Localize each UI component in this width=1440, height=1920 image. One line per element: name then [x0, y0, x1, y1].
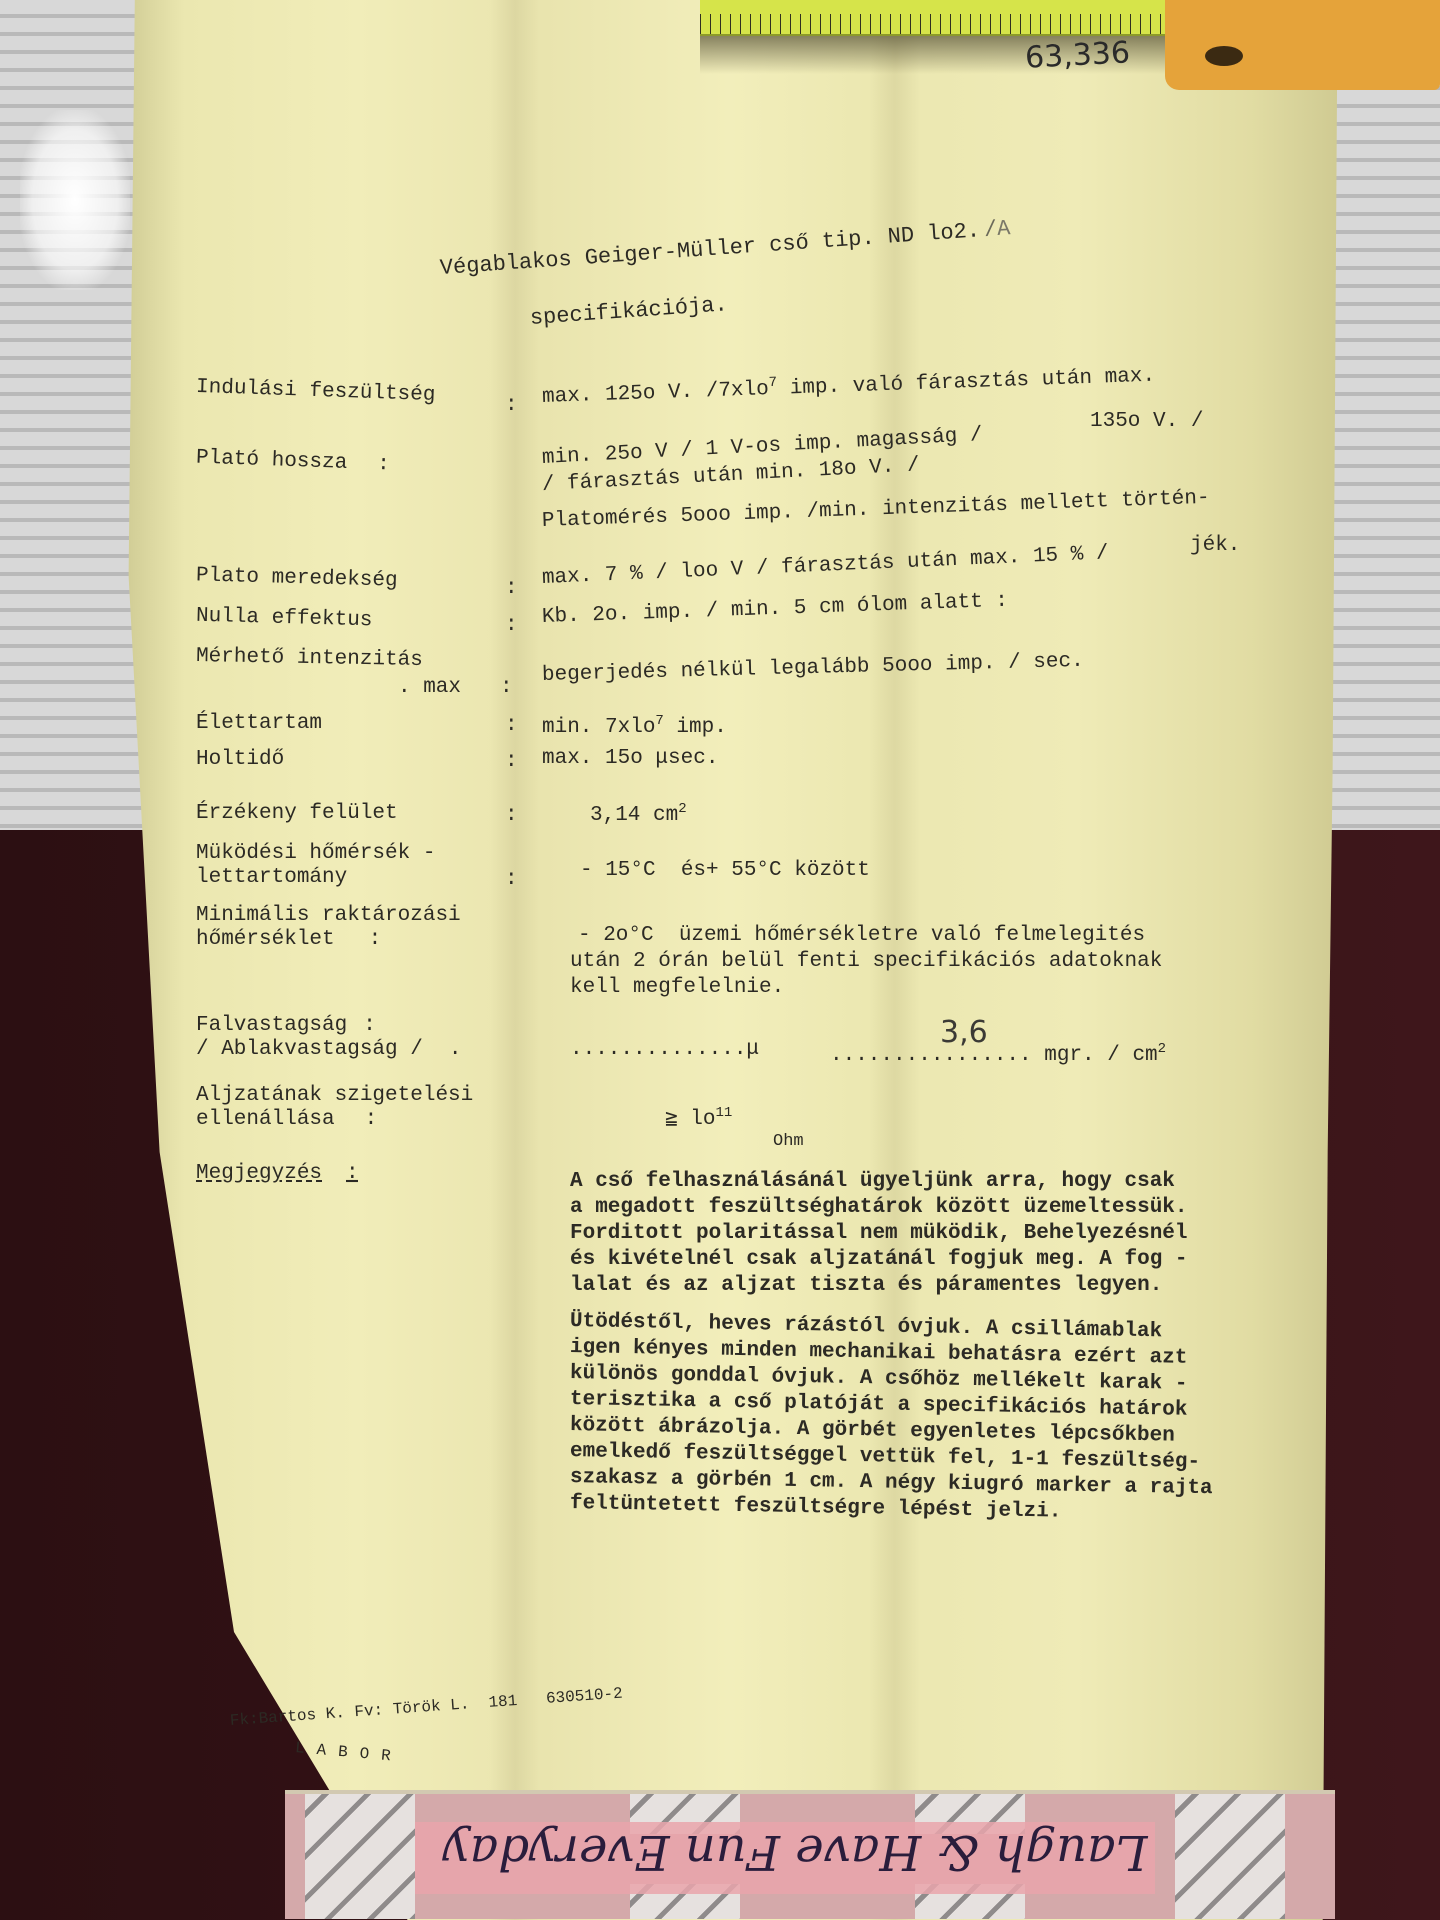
colon: : — [505, 575, 518, 602]
spec-label-storage-temp-2: hőmérséklet: — [196, 926, 381, 953]
label-text: / Ablakvastagság / — [196, 1038, 423, 1061]
colon: : — [505, 612, 518, 639]
tape-text-upside-down: Laugh & Have Fun Everyday — [435, 1824, 1155, 1880]
spec-label-measurable-intensity: Mérhető intenzitás — [196, 643, 423, 674]
spec-label-operating-temp-2: lettartomány — [196, 864, 347, 891]
title-suffix: A — [996, 216, 1011, 242]
chevron-pattern — [305, 1794, 415, 1919]
remark-line: A cső felhasználásánál ügyeljünk arra, h… — [570, 1168, 1175, 1195]
decorative-washi-tape: Laugh & Have Fun Everyday — [285, 1790, 1335, 1919]
remark-line: lalat és az aljzat tiszta és páramentes … — [570, 1272, 1162, 1299]
spec-label-window-thickness: / Ablakvastagság /. — [196, 1036, 461, 1063]
spec-label-sensitive-area: Érzékeny felület — [196, 800, 398, 827]
colon: : — [500, 674, 513, 701]
value-text: ≧ lo — [665, 1108, 715, 1131]
spec-label-insulation: Aljzatának szigetelési — [196, 1082, 473, 1109]
value-text: imp. — [664, 716, 727, 739]
spec-label-operating-temp: Müködési hőmérsék - — [196, 840, 435, 867]
colon: : — [505, 802, 518, 829]
spec-value-starting-voltage-cont: 135o V. / — [1090, 408, 1203, 435]
spec-value-storage-temp-3: kell megfelelnie. — [570, 974, 784, 1001]
handwritten-ruler-note: 63,336 — [1024, 35, 1131, 75]
spec-label-measurable-intensity-2: . max — [398, 674, 461, 701]
yellow-tag — [1165, 0, 1440, 90]
exponent: 7 — [655, 713, 663, 729]
colon: : — [505, 748, 518, 775]
label-text: Falvastagság — [196, 1014, 347, 1037]
spec-label-dead-time: Holtidő — [196, 746, 284, 773]
light-glare — [20, 110, 130, 290]
value-text: 3,14 cm — [590, 804, 678, 827]
remark-line: a megadott feszültséghatárok között üzem… — [570, 1194, 1188, 1221]
chevron-pattern — [1175, 1794, 1285, 1919]
spec-value-sensitive-area: 3,14 cm2 — [590, 796, 687, 829]
label-text: hőmérséklet — [196, 928, 335, 951]
spec-value-wall-thickness-micron: ..............μ — [570, 1036, 759, 1063]
value-text: min. 7xlo — [542, 716, 655, 739]
label-text: Plató hossza — [196, 447, 348, 475]
spec-value-dead-time: max. 15o μsec. — [542, 745, 718, 772]
spec-value-window-thickness: ................ mgr. / cm2 — [830, 1036, 1166, 1069]
spec-label-background: Nulla effektus — [196, 603, 373, 635]
spec-label-insulation-2: ellenállása: — [196, 1106, 377, 1133]
colon: : — [505, 712, 518, 739]
spec-value-plateau-length-4: jék. — [1190, 532, 1240, 559]
value-text: ..... mgr. / cm — [969, 1044, 1158, 1067]
spec-label-wall-thickness: Falvastagság: — [196, 1012, 376, 1039]
ruler-ticks — [700, 14, 1180, 34]
spec-label-storage-temp: Minimális raktározási — [196, 902, 461, 929]
spec-label-plateau-slope: Plato meredekség — [196, 562, 398, 594]
exponent: 11 — [715, 1105, 732, 1121]
spec-value-operating-temp: - 15°C és+ 55°C között — [580, 857, 870, 884]
spec-value-insulation-unit: Ohm — [773, 1128, 804, 1155]
handwritten-window-thickness: 3,6 — [940, 1015, 988, 1050]
remark-line: és kivételnél csak aljzatánál fogjuk meg… — [570, 1246, 1188, 1273]
colon: : — [505, 392, 518, 419]
measuring-ruler — [700, 0, 1180, 36]
spec-value-storage-temp-1: - 2o°C üzemi hőmérsékletre való felmeleg… — [578, 922, 1145, 949]
spec-value-storage-temp-2: után 2 órán belül fenti specifikációs ad… — [570, 948, 1162, 975]
remark-label: Megjegyzés: — [196, 1160, 359, 1187]
spec-label-lifetime: Élettartam — [196, 710, 322, 737]
spec-value-insulation: ≧ lo11 — [665, 1100, 732, 1133]
exponent: 2 — [1158, 1041, 1166, 1057]
spec-value-lifetime: min. 7xlo7 imp. — [542, 708, 727, 741]
tag-hole — [1205, 46, 1243, 66]
colon: : — [505, 866, 518, 893]
label-text: ellenállása — [196, 1108, 335, 1131]
paper-fold — [490, 0, 540, 1920]
label-text: Megjegyzés — [196, 1162, 322, 1185]
remark-line: Forditott polaritással nem müködik, Behe… — [570, 1220, 1188, 1247]
exponent: 2 — [678, 801, 686, 817]
